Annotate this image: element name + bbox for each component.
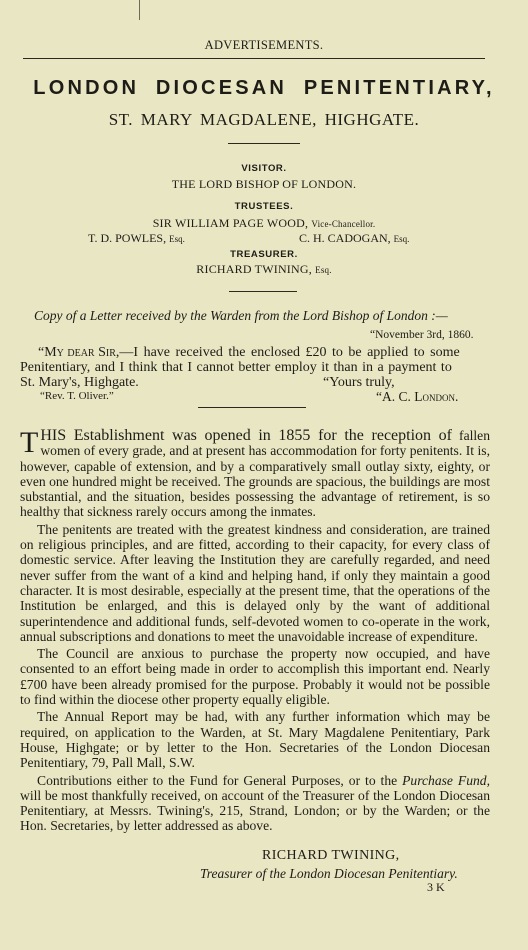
- trustee-3: C. H. CADOGAN, Esq.: [299, 231, 409, 246]
- paragraph-4: The Annual Report may be had, with any f…: [20, 709, 490, 770]
- body-text: THIS Establishment was opened in 1855 fo…: [20, 428, 490, 836]
- treasurer-label: TREASURER.: [0, 249, 528, 260]
- signoff-name: RICHARD TWINING,: [262, 848, 400, 864]
- visitor-name: THE LORD BISHOP OF LONDON.: [0, 177, 528, 192]
- running-head: ADVERTISEMENTS.: [0, 38, 528, 53]
- paragraph-2: The penitents are treated with the great…: [20, 522, 490, 644]
- paragraph-5-start: Contributions either to the Fund for Gen…: [37, 773, 402, 788]
- trustee-2-title: Esq.: [169, 234, 185, 244]
- letter-line-2: Penitentiary, and I think that I cannot …: [20, 360, 452, 376]
- treasurer-title: Esq.: [315, 265, 332, 275]
- paragraph-5-end: will be most thankfully received, on acc…: [20, 788, 490, 834]
- section-rule: [198, 407, 306, 408]
- paragraph-3: The Council are anxious to purchase the …: [20, 646, 490, 707]
- signoff-title: Treasurer of the London Diocesan Peniten…: [200, 866, 458, 882]
- section-rule: [229, 291, 297, 292]
- treasurer: RICHARD TWINING, Esq.: [0, 262, 528, 277]
- paragraph-5-italic: Purchase Fund,: [402, 773, 490, 788]
- trustee-3-name: C. H. CADOGAN,: [299, 231, 391, 245]
- header-rule: [23, 58, 485, 59]
- visitor-label: VISITOR.: [0, 163, 528, 174]
- trustee-2-name: T. D. POWLES,: [88, 231, 166, 245]
- trustee-3-title: Esq.: [394, 234, 410, 244]
- trustee-1-title: Vice-Chancellor.: [311, 219, 375, 229]
- page-title: LONDON DIOCESAN PENITENTIARY,: [0, 77, 528, 100]
- advertisement-page: ADVERTISEMENTS. LONDON DIOCESAN PENITENT…: [0, 0, 528, 950]
- letter-addressee: “Rev. T. Oliver.”: [40, 390, 114, 402]
- binding-mark: [139, 0, 140, 20]
- drop-cap: T: [20, 430, 38, 456]
- letter-salutation: “My dear Sir,: [38, 345, 119, 360]
- letter-date: “November 3rd, 1860.: [370, 329, 473, 341]
- trustee-1: SIR WILLIAM PAGE WOOD, Vice-Chancellor.: [0, 216, 528, 231]
- letter-line-3: St. Mary's, Highgate.: [20, 375, 139, 391]
- paragraph-1: THIS Establishment was opened in 1855 fo…: [20, 428, 490, 520]
- page-subtitle: ST. MARY MAGDALENE, HIGHGATE.: [0, 110, 528, 130]
- letter-line-1: “My dear Sir,—I have received the enclos…: [38, 345, 460, 361]
- paragraph-5: Contributions either to the Fund for Gen…: [20, 773, 490, 834]
- signature-mark: 3 K: [427, 880, 445, 895]
- paragraph-1-lead: HIS Establishment was opened in 1855 for…: [40, 427, 452, 444]
- letter-signature: “A. C. London.: [376, 389, 458, 405]
- treasurer-name: RICHARD TWINING,: [196, 262, 312, 276]
- section-rule: [228, 143, 300, 144]
- trustees-label: TRUSTEES.: [0, 201, 528, 212]
- trustee-2: T. D. POWLES, Esq.: [88, 231, 185, 246]
- letter-line-1-rest: —I have received the enclosed £20 to be …: [119, 345, 459, 360]
- letter-intro: Copy of a Letter received by the Warden …: [34, 308, 448, 324]
- trustee-1-name: SIR WILLIAM PAGE WOOD,: [153, 216, 309, 230]
